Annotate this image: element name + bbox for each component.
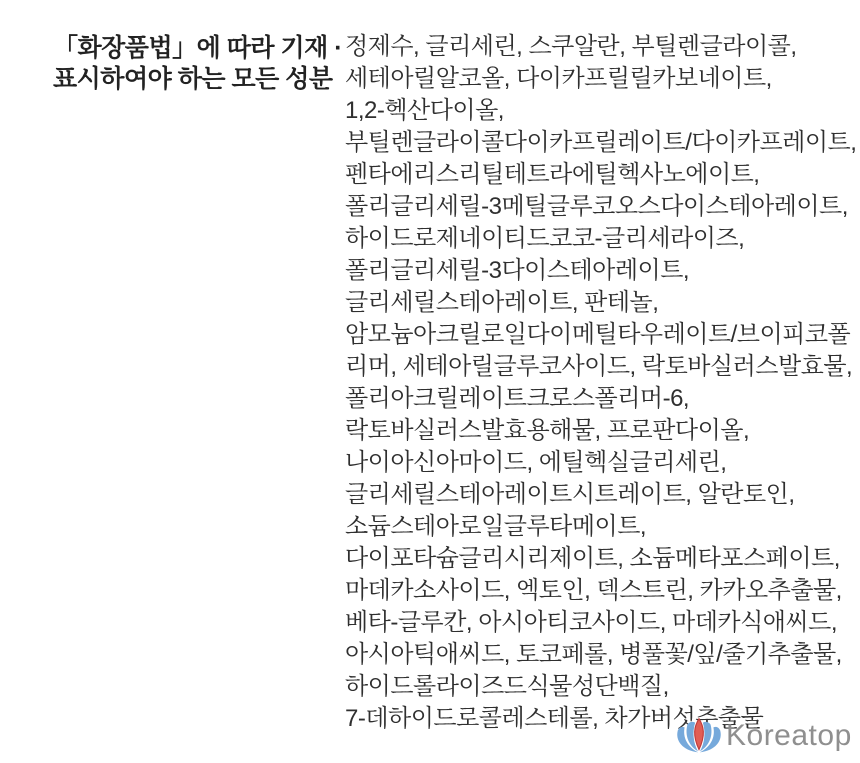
- ingredient-line: 폴리글리세릴-3메틸글루코오스다이스테아레이트,: [345, 191, 860, 223]
- ingredient-line: 글리세릴스테아레이트시트레이트, 알란토인,: [345, 479, 860, 511]
- ingredient-line: 암모늄아크릴로일다이메틸타우레이트/브이피코폴: [345, 319, 860, 351]
- ingredient-line: 락토바실러스발효용해물, 프로판다이올,: [345, 415, 860, 447]
- ingredient-line: 1,2-헥산다이올,: [345, 95, 860, 127]
- ingredient-line: 아시아틱애씨드, 토코페롤, 병풀꽃/잎/줄기추출물,: [345, 639, 860, 671]
- ingredient-line: 부틸렌글라이콜다이카프릴레이트/다이카프레이트,: [345, 127, 860, 159]
- ingredient-disclosure-panel: 「화장품법」에 따라 기재 ·표시하여야 하는 모든 성분 정제수, 글리세린,…: [0, 0, 860, 763]
- ingredient-line: 폴리아크릴레이트크로스폴리머-6,: [345, 383, 860, 415]
- ingredient-line: 다이포타슘글리시리제이트, 소듐메타포스페이트,: [345, 543, 860, 575]
- ingredient-line: 글리세릴스테아레이트, 판테놀,: [345, 287, 860, 319]
- ingredients-label: 「화장품법」에 따라 기재 ·표시하여야 하는 모든 성분: [53, 33, 323, 95]
- ingredient-line: 하이드롤라이즈드식물성단백질,: [345, 671, 860, 703]
- ingredient-line: 마데카소사이드, 엑토인, 덱스트린, 카카오추출물,: [345, 575, 860, 607]
- lotus-icon: [674, 716, 724, 758]
- ingredient-line: 하이드로제네이티드코코-글리세라이즈,: [345, 223, 860, 255]
- ingredient-line: 세테아릴알코올, 다이카프릴릴카보네이트,: [345, 63, 860, 95]
- ingredient-line: 리머, 세테아릴글루코사이드, 락토바실러스발효물,: [345, 351, 860, 383]
- watermark-brand: Koreatop: [726, 714, 852, 758]
- watermark: Koreatop: [674, 714, 852, 758]
- ingredients-list: 정제수, 글리세린, 스쿠알란, 부틸렌글라이콜,세테아릴알코올, 다이카프릴릴…: [345, 31, 860, 735]
- ingredient-line: 소듐스테아로일글루타메이트,: [345, 511, 860, 543]
- label-line: 「화장품법」에 따라 기재 ·: [53, 33, 323, 64]
- ingredient-line: 정제수, 글리세린, 스쿠알란, 부틸렌글라이콜,: [345, 31, 860, 63]
- ingredient-line: 펜타에리스리틸테트라에틸헥사노에이트,: [345, 159, 860, 191]
- ingredient-line: 나이아신아마이드, 에틸헥실글리세린,: [345, 447, 860, 479]
- label-line: 표시하여야 하는 모든 성분: [53, 64, 323, 95]
- ingredient-line: 폴리글리세릴-3다이스테아레이트,: [345, 255, 860, 287]
- ingredient-line: 베타-글루칸, 아시아티코사이드, 마데카식애씨드,: [345, 607, 860, 639]
